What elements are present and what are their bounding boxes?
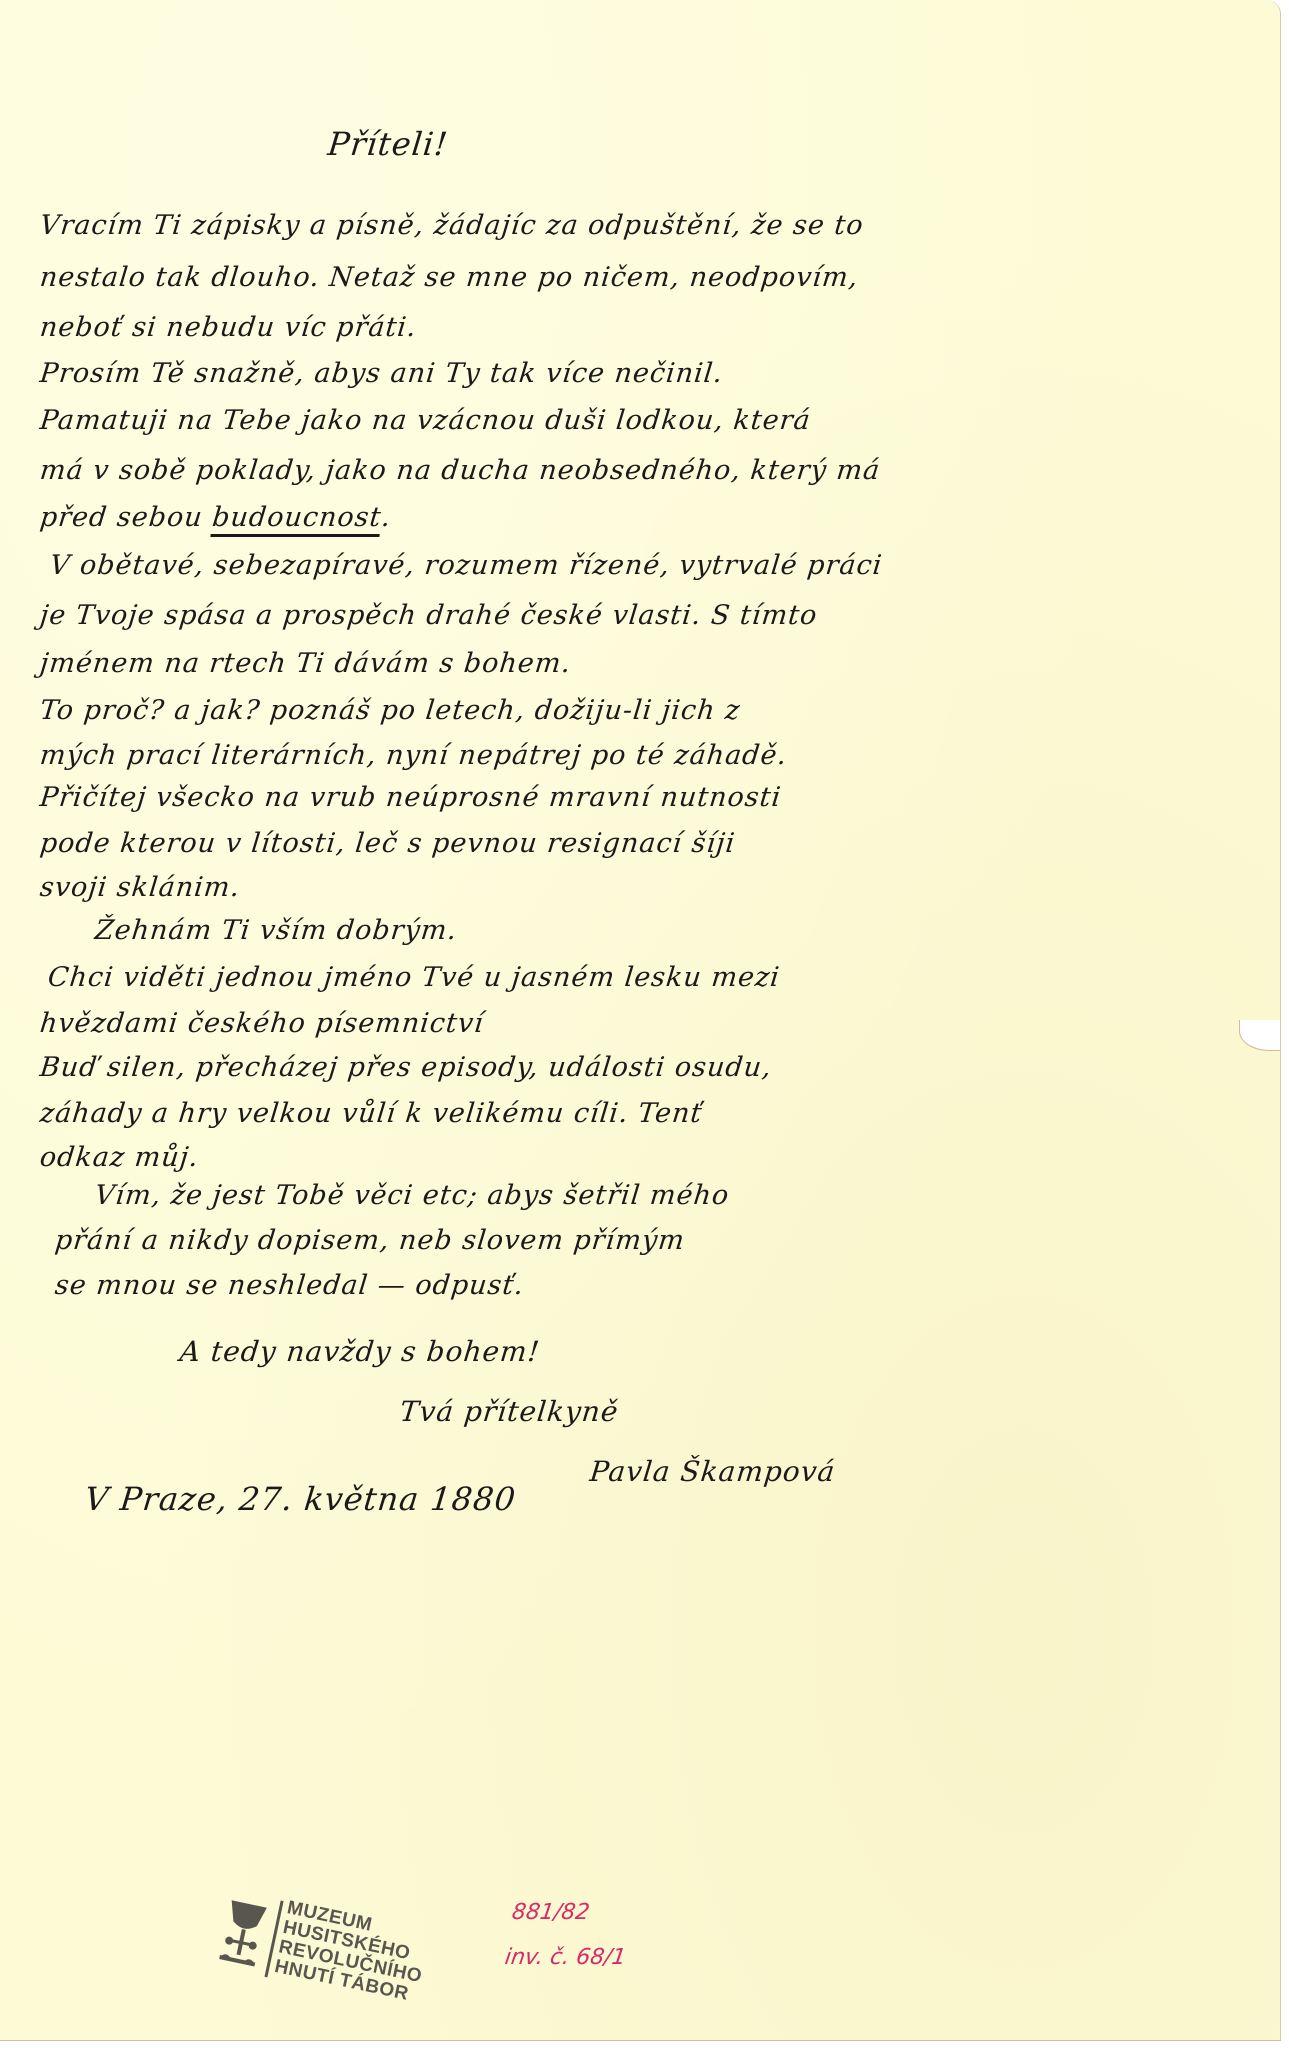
- chalice-icon: [214, 1896, 272, 1974]
- body-line: Buď silen, přecházej přes episody, událo…: [38, 1052, 773, 1083]
- body-line: Chci viděti jednou jméno Tvé u jasném le…: [46, 962, 781, 993]
- body-line: je Tvoje spása a prospěch drahé české vl…: [38, 600, 819, 631]
- body-line: Prosím Tě snažně, abys ani Ty tak více n…: [38, 358, 724, 389]
- body-line: Přičítej všecko na vrub neúprosné mravní…: [38, 782, 782, 813]
- body-line: Vím, že jest Tobě věci etc; abys šetřil …: [93, 1180, 731, 1211]
- body-line: před sebou budoucnost.: [38, 502, 392, 533]
- underlined-word: budoucnost: [211, 502, 383, 533]
- body-line: jménem na rtech Ti dávám s bohem.: [38, 648, 572, 679]
- body-line: nestalo tak dlouho. Netaž se mne po niče…: [38, 262, 860, 293]
- farewell: A tedy navždy s bohem!: [178, 1335, 541, 1368]
- body-line: mých prací literárních, nyní nepátrej po…: [38, 740, 788, 771]
- body-line: neboť si nebudu víc přáti.: [38, 312, 418, 343]
- paper-tear: [1239, 1020, 1280, 1051]
- place-date: V Praze, 27. května 1880: [83, 1480, 518, 1518]
- signature: Pavla Škampová: [588, 1455, 837, 1488]
- body-line: se mnou se neshledal — odpusť.: [53, 1270, 525, 1301]
- body-line: záhady a hry velkou vůlí k velikému cíli…: [38, 1098, 704, 1129]
- body-line: odkaz můj.: [38, 1142, 200, 1173]
- body-line: má v sobě poklady, jako na ducha neobsed…: [38, 455, 882, 486]
- closing: Tvá přítelkyně: [398, 1395, 620, 1428]
- inventory-number: inv. č. 68/1: [503, 1945, 627, 1970]
- letter-paper: Příteli! Vracím Ti zápisky a písně, žáda…: [0, 0, 1281, 2041]
- body-line: Pamatuji na Tebe jako na vzácnou duši lo…: [38, 405, 812, 436]
- body-line: hvězdami českého písemnictví: [38, 1008, 485, 1039]
- body-line: V obětavé, sebezapíravé, rozumem řízené,…: [48, 550, 884, 581]
- archive-number: 881/82: [510, 1900, 591, 1925]
- body-line: svoji sklánim.: [38, 872, 241, 903]
- body-line: Vracím Ti zápisky a písně, žádajíc za od…: [38, 210, 865, 241]
- body-line: Žehnám Ti vším dobrým.: [93, 915, 458, 946]
- body-line: přání a nikdy dopisem, neb slovem přímým: [53, 1225, 686, 1256]
- museum-stamp: MUZEUM HUSITSKÉHO REVOLUČNÍHO HNUTÍ TÁBO…: [197, 1888, 457, 2048]
- body-line: To proč? a jak? poznáš po letech, dožiju…: [38, 695, 742, 726]
- text: před sebou: [38, 502, 214, 533]
- salutation: Příteli!: [326, 125, 450, 163]
- stamp-text: MUZEUM HUSITSKÉHO REVOLUČNÍHO HNUTÍ TÁBO…: [273, 1898, 432, 2007]
- body-line: pode kterou v lítosti, leč s pevnou resi…: [38, 828, 737, 859]
